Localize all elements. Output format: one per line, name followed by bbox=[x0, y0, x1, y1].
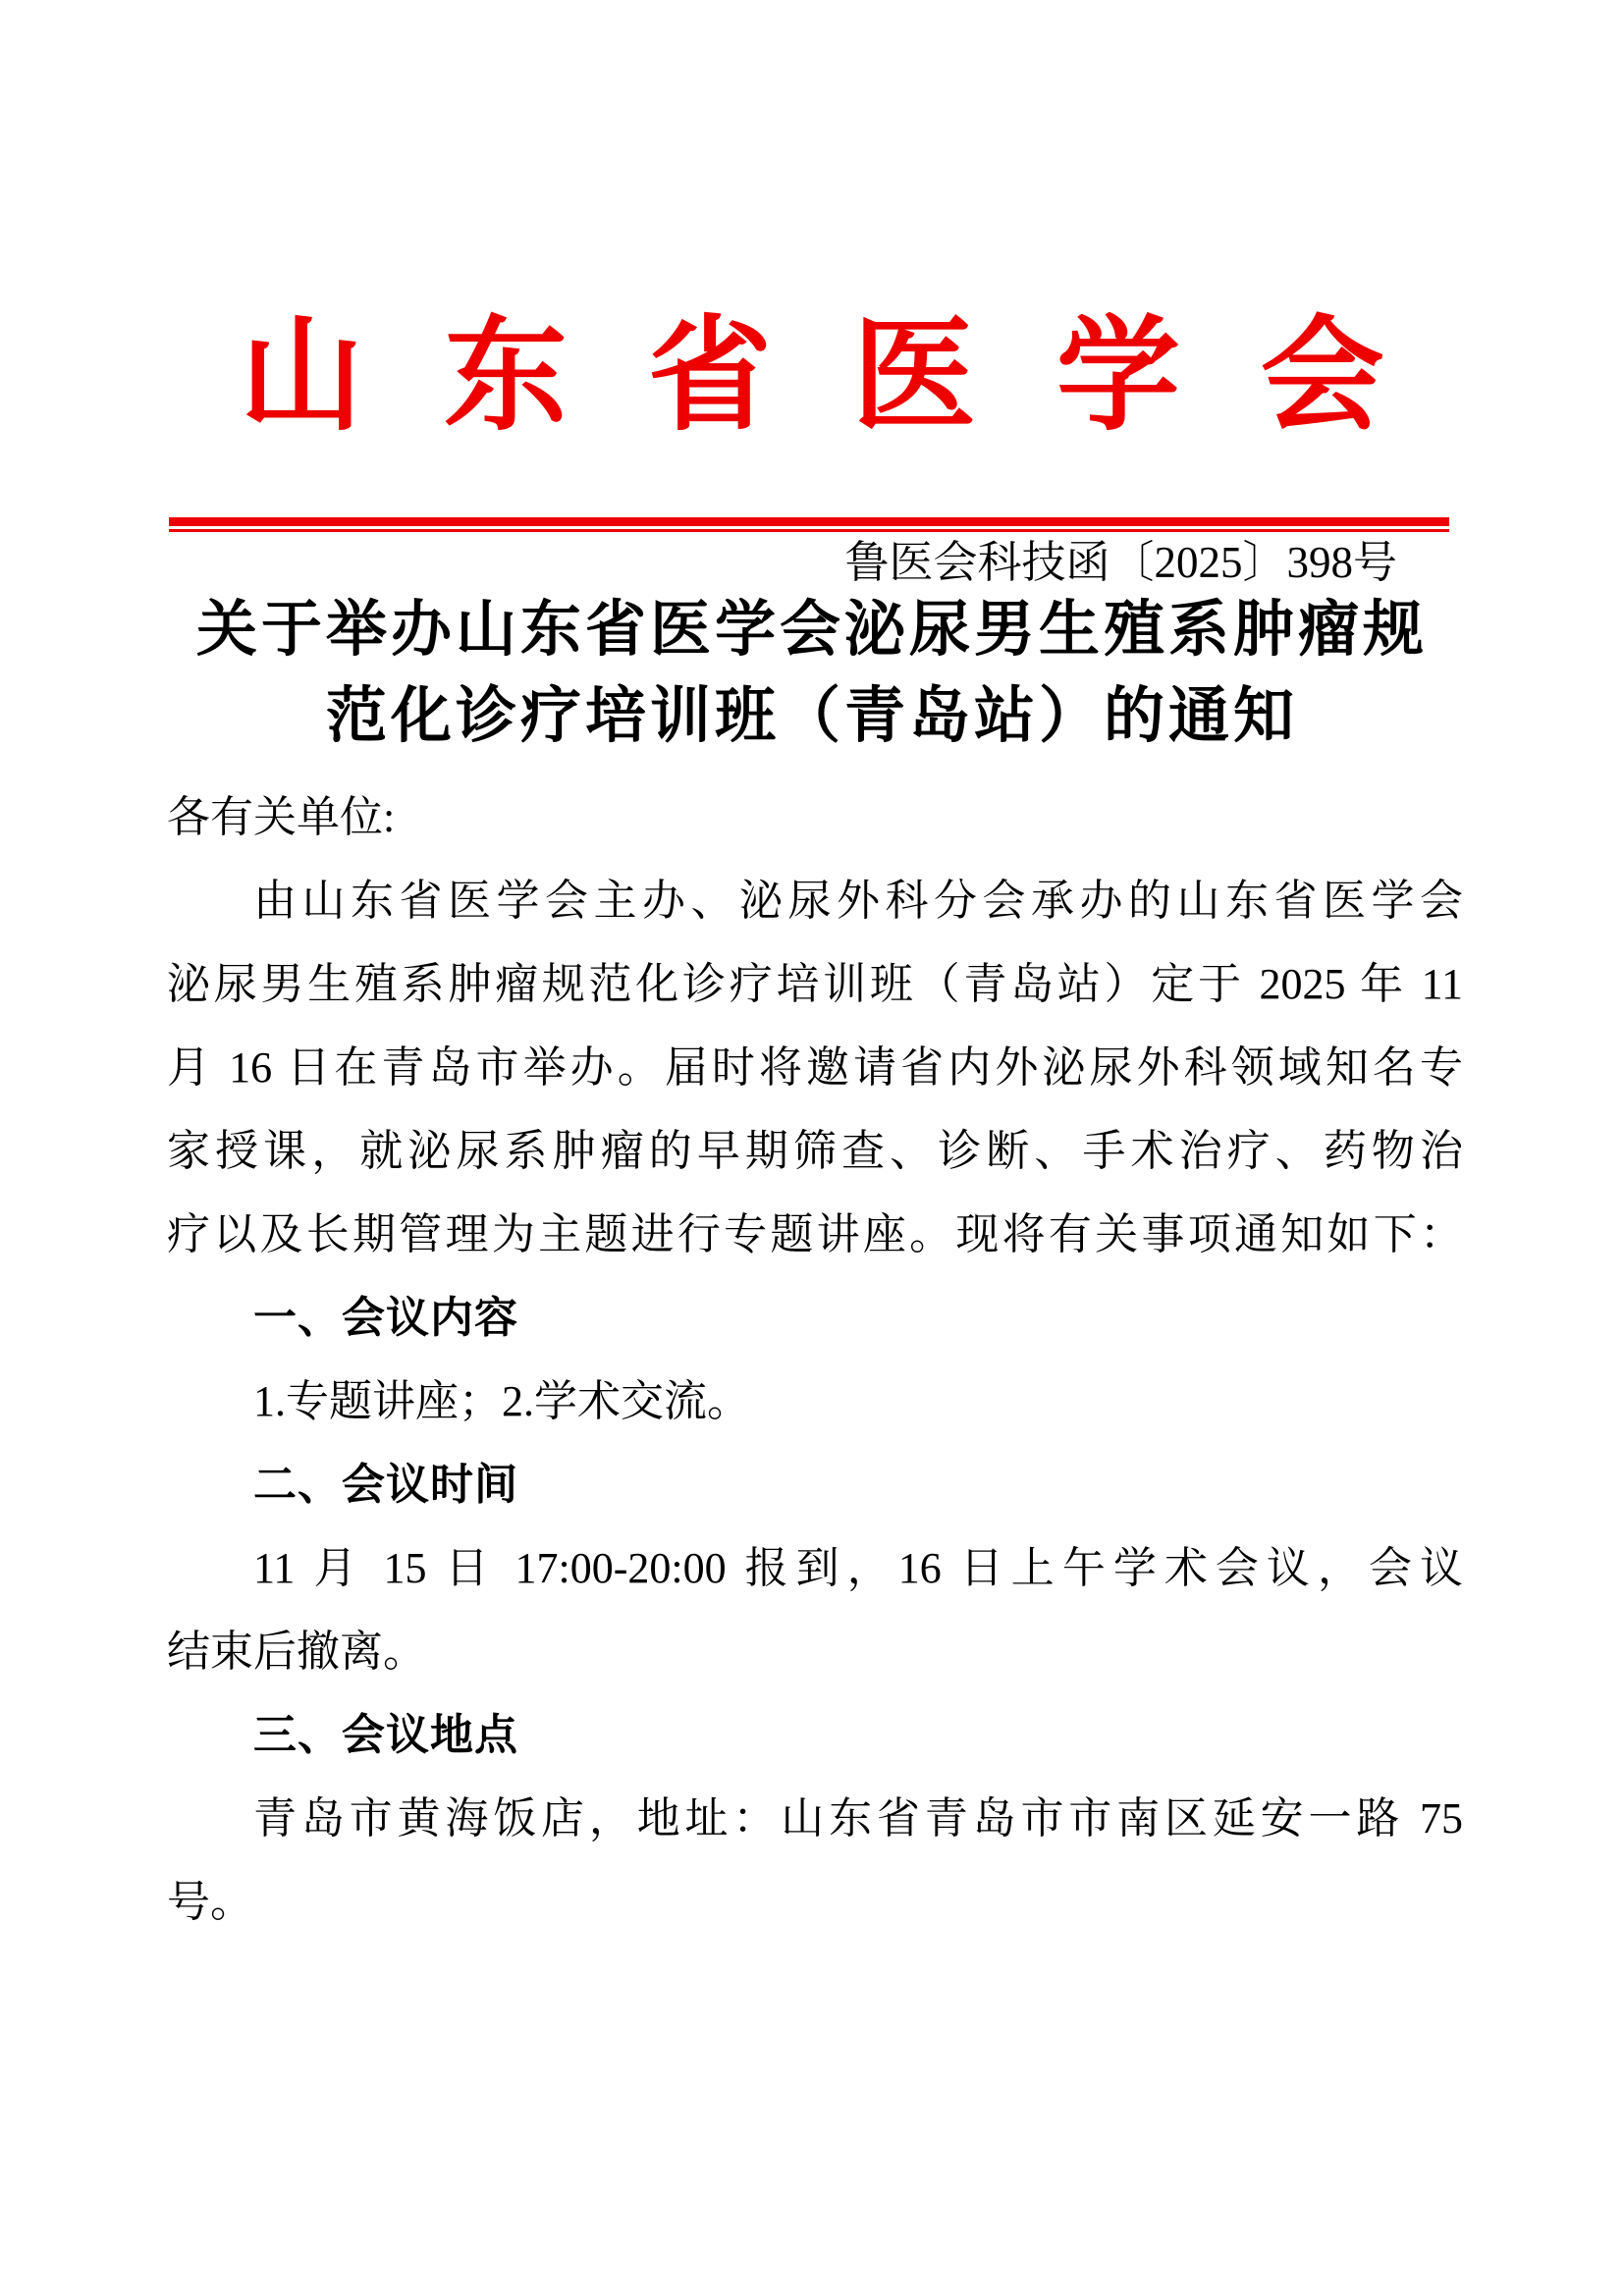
section-heading-meeting-venue: 三、会议地点 bbox=[167, 1693, 1463, 1777]
document-reference-number: 鲁医会科技函〔2025〕398号 bbox=[844, 536, 1397, 589]
notice-title: 关于举办山东省医学会泌尿男生殖系肿瘤规 范化诊疗培训班（青岛站）的通知 bbox=[0, 587, 1624, 760]
paragraph-line: 家授课，就泌尿系肿瘤的早期筛查、诊断、手术治疗、药物治 bbox=[167, 1109, 1463, 1193]
meeting-time-line-continued: 结束后撤离。 bbox=[167, 1610, 1463, 1693]
red-header-rule bbox=[169, 517, 1449, 532]
red-rule-thin-bar bbox=[169, 529, 1449, 532]
salutation: 各有关单位: bbox=[167, 775, 1463, 859]
notice-title-line1: 关于举办山东省医学会泌尿男生殖系肿瘤规 bbox=[0, 587, 1624, 673]
paragraph-line: 月 16 日在青岛市举办。届时将邀请省内外泌尿外科领域知名专 bbox=[167, 1026, 1463, 1109]
paragraph-line: 泌尿男生殖系肿瘤规范化诊疗培训班（青岛站）定于 2025 年 11 bbox=[167, 942, 1463, 1026]
notice-title-line2: 范化诊疗培训班（青岛站）的通知 bbox=[0, 673, 1624, 760]
notice-body: 各有关单位: 由山东省医学会主办、泌尿外科分会承办的山东省医学会 泌尿男生殖系肿… bbox=[167, 775, 1463, 1944]
meeting-content-item: 1.专题讲座；2.学术交流。 bbox=[167, 1360, 1463, 1443]
red-rule-thick-bar bbox=[169, 517, 1449, 526]
paragraph-line: 疗以及长期管理为主题进行专题讲座。现将有关事项通知如下： bbox=[167, 1193, 1463, 1276]
meeting-time-line: 11 月 15 日 17:00-20:00 报到，16 日上午学术会议，会议 bbox=[167, 1526, 1463, 1610]
meeting-venue-line-continued: 号。 bbox=[167, 1860, 1463, 1944]
organization-title: 山东省医学会 bbox=[0, 310, 1624, 447]
paragraph-line: 由山东省医学会主办、泌尿外科分会承办的山东省医学会 bbox=[167, 859, 1463, 942]
section-heading-meeting-content: 一、会议内容 bbox=[167, 1276, 1463, 1360]
notice-document-page: 山东省医学会 鲁医会科技函〔2025〕398号 关于举办山东省医学会泌尿男生殖系… bbox=[0, 0, 1624, 2296]
organization-title-text: 山东省医学会 bbox=[240, 309, 1464, 446]
meeting-venue-line: 青岛市黄海饭店，地址：山东省青岛市市南区延安一路 75 bbox=[167, 1777, 1463, 1860]
section-heading-meeting-time: 二、会议时间 bbox=[167, 1443, 1463, 1526]
